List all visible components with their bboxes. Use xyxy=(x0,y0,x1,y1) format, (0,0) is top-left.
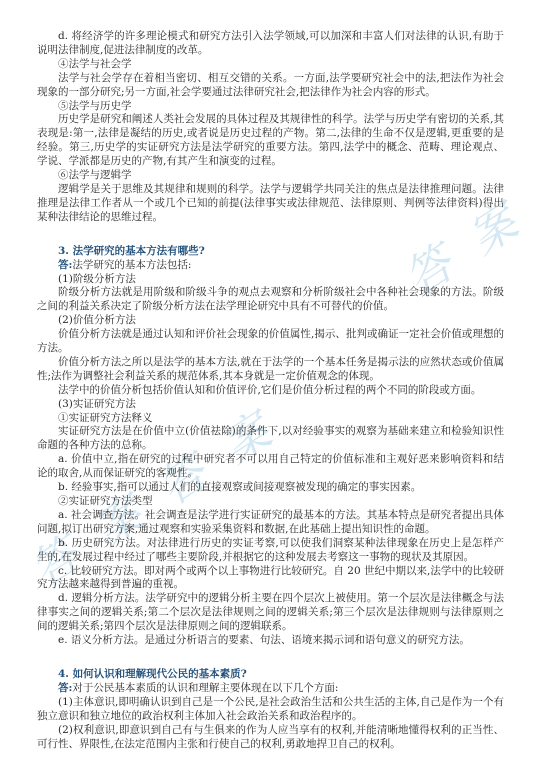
paragraph: e. 语义分析方法。是通过分析语言的要素、句法、语境来揭示词和语句意义的研究方法… xyxy=(37,634,504,648)
answer-prefix: 答: xyxy=(58,682,72,694)
paragraph: 阶级分析方法就是用阶级和阶级斗争的观点去观察和分析阶级社会中各种社会现象的方法。… xyxy=(37,286,504,314)
paragraph: (1)主体意识,即明确认识到自己是一个公民,是社会政治生活和公共生活的主体,自己… xyxy=(37,696,504,724)
paragraph: c. 比较研究方法。即对两个或两个以上事物进行比较研究。自 20 世纪中期以来,… xyxy=(37,565,504,593)
paragraph: 实证研究方法是在价值中立(价值祛除)的条件下,以对经验事实的观察为基础来建立和检… xyxy=(37,425,504,453)
paragraph: ①实证研究方法释义 xyxy=(37,412,504,426)
answer-paragraph: 答:法学研究的基本方法包括: xyxy=(37,259,504,273)
paragraph: ⑤法学与历史学 xyxy=(37,100,504,114)
paragraph: 价值分析方法之所以是法学的基本方法,就在于法学的一个基本任务是揭示法的应然状态或… xyxy=(37,356,504,384)
paragraph: 法学中的价值分析包括价值认知和价值评价,它们是价值分析过程的两个不同的阶段或方面… xyxy=(37,384,504,398)
paragraph: (1)阶级分析方法 xyxy=(37,273,504,287)
paragraph: ②实证研究方法类型 xyxy=(37,495,504,509)
paragraph: a. 价值中立,指在研究的过程中研究者不可以用自己特定的价值标准和主观好恶来影响… xyxy=(37,453,504,481)
paragraph: (3)实证研究方法 xyxy=(37,398,504,412)
question-heading: 4. 如何认识和理解现代公民的基本素质? xyxy=(37,668,504,682)
answer-prefix: 答: xyxy=(58,259,72,271)
paragraph: 价值分析方法就是通过认知和评价社会现象的价值属性,揭示、批判或确证一定社会价值或… xyxy=(37,328,504,356)
paragraph: (2)价值分析方法 xyxy=(37,314,504,328)
paragraph: b. 历史研究方法。对法律进行历史的实证考察,可以使我们洞察某种法律现象在历史上… xyxy=(37,537,504,565)
paragraph: d. 逻辑分析方法。法学研究中的逻辑分析主要在四个层次上被使用。第一个层次是法律… xyxy=(37,592,504,634)
paragraph: ④法学与社会学 xyxy=(37,58,504,72)
paragraph: 法学与社会学存在着相当密切、相互交错的关系。一方面,法学要研究社会中的法,把法作… xyxy=(37,72,504,100)
paragraph: b. 经验事实,指可以通过人们的直接观察或间接观察被发现的确定的事实因素。 xyxy=(37,481,504,495)
paragraph: a. 社会调查方法。社会调查是法学进行实证研究的最基本的方法。其基本特点是研究者… xyxy=(37,509,504,537)
document-page: 答案答案 答案 d. 将经济学的许多理论模式和研究方法引入法学领域,可以加深和丰… xyxy=(0,0,540,763)
question-heading: 3. 法学研究的基本方法有哪些? xyxy=(37,245,504,259)
paragraph: (2)权利意识,即意识到自己有与生俱来的作为人应当享有的权利,并能清晰地懂得权利… xyxy=(37,724,504,752)
paragraph: ⑥法学与逻辑学 xyxy=(37,169,504,183)
answer-text: 对于公民基本素质的认识和理解主要体现在以下几个方面: xyxy=(72,682,338,694)
answer-text: 法学研究的基本方法包括: xyxy=(72,259,191,271)
document-content: d. 将经济学的许多理论模式和研究方法引入法学领域,可以加深和丰富人们对法律的认… xyxy=(0,0,540,751)
paragraph: 历史学是研究和阐述人类社会发展的具体过程及其规律性的科学。法学与历史学有密切的关… xyxy=(37,113,504,169)
paragraph: d. 将经济学的许多理论模式和研究方法引入法学领域,可以加深和丰富人们对法律的认… xyxy=(37,30,504,58)
paragraph: 逻辑学是关于思维及其规律和规则的科学。法学与逻辑学共同关注的焦点是法律推理问题。… xyxy=(37,183,504,225)
answer-paragraph: 答:对于公民基本素质的认识和理解主要体现在以下几个方面: xyxy=(37,682,504,696)
